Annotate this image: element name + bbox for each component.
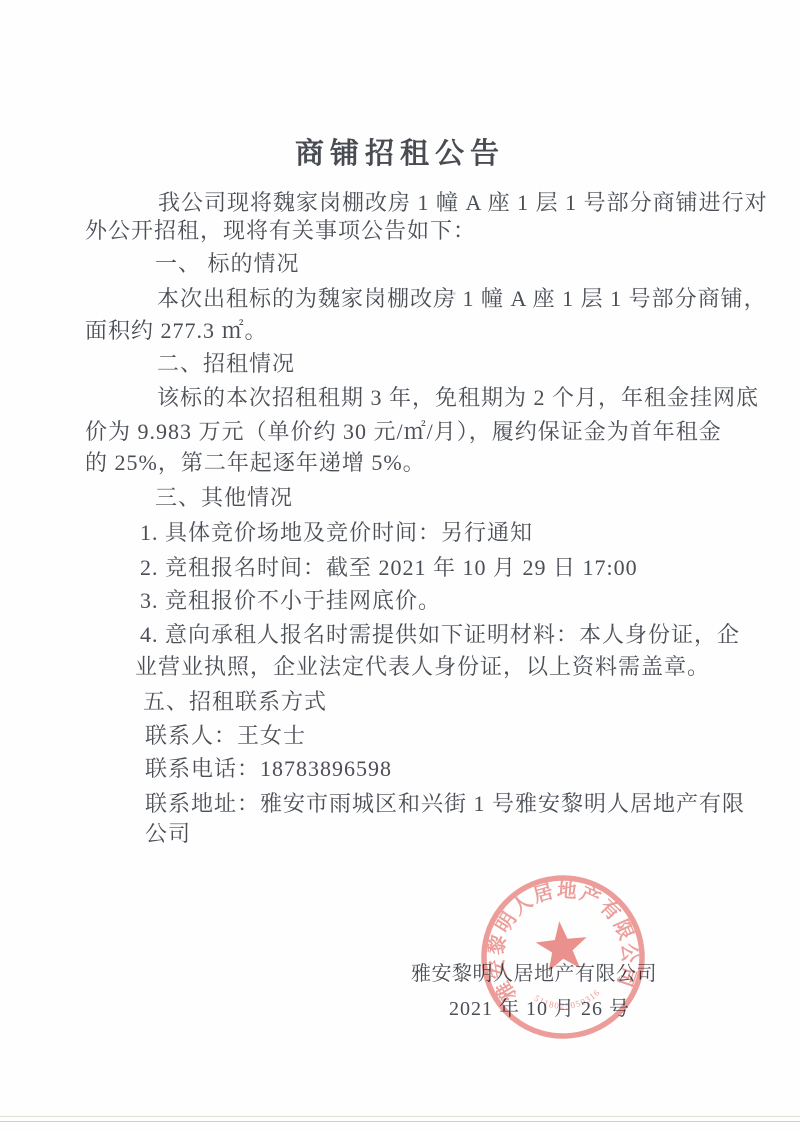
list-item-3: 3. 竞租报价不小于挂网底价。	[140, 586, 441, 616]
doc-line: 外公开招租，现将有关事项公告如下：	[85, 216, 476, 246]
list-item-4: 4. 意向承租人报名时需提供如下证明材料：本人身份证，企	[140, 620, 740, 650]
doc-line: 价为 9.983 万元（单价约 30 元/㎡/月），履约保证金为首年租金	[85, 417, 722, 447]
doc-line: 本次出租标的为魏家岗棚改房 1 幢 A 座 1 层 1 号部分商铺，	[157, 284, 767, 314]
contact-phone-line: 联系电话：18783896598	[145, 754, 392, 784]
contact-person-line: 联系人：王女士	[145, 721, 306, 751]
list-item-1: 1. 具体竞价场地及竞价时间：另行通知	[140, 518, 533, 548]
scan-speck	[452, 292, 456, 295]
list-item-2: 2. 竞租报名时间：截至 2021 年 10 月 29 日 17:00	[140, 553, 638, 583]
section-heading-5: 五、招租联系方式	[143, 687, 327, 717]
doc-line: 该标的本次招租租期 3 年，免租期为 2 个月，年租金挂网底	[157, 383, 759, 413]
doc-line: 的 25%，第二年起逐年递增 5%。	[85, 448, 426, 478]
seal-code: 5118025050316	[531, 986, 603, 1014]
contact-address-line: 联系地址：雅安市雨城区和兴街 1 号雅安黎明人居地产有限	[145, 789, 745, 819]
section-heading-2: 二、招租情况	[157, 349, 295, 379]
seal-code-text-holder: 5118025050316	[531, 986, 603, 1014]
doc-line: 面积约 277.3 ㎡。	[85, 316, 268, 346]
doc-line: 我公司现将魏家岗棚改房 1 幢 A 座 1 层 1 号部分商铺进行对	[158, 188, 768, 218]
scanned-document-page: 商铺招租公告 我公司现将魏家岗棚改房 1 幢 A 座 1 层 1 号部分商铺进行…	[0, 0, 800, 1131]
contact-address-cont: 公司	[145, 819, 191, 849]
section-heading-3: 三、其他情况	[155, 483, 293, 513]
company-seal: 雅安黎明人居地产有限公司 5118025050316	[470, 864, 657, 1051]
section-heading-1: 一、 标的情况	[155, 249, 300, 279]
list-item-4-cont: 业营业执照，企业法定代表人身份证，以上资料需盖章。	[135, 652, 710, 682]
document-title: 商铺招租公告	[0, 131, 800, 172]
scan-artifact-line	[0, 1116, 800, 1117]
scan-artifact-line	[0, 1121, 800, 1122]
star-icon	[534, 919, 590, 973]
